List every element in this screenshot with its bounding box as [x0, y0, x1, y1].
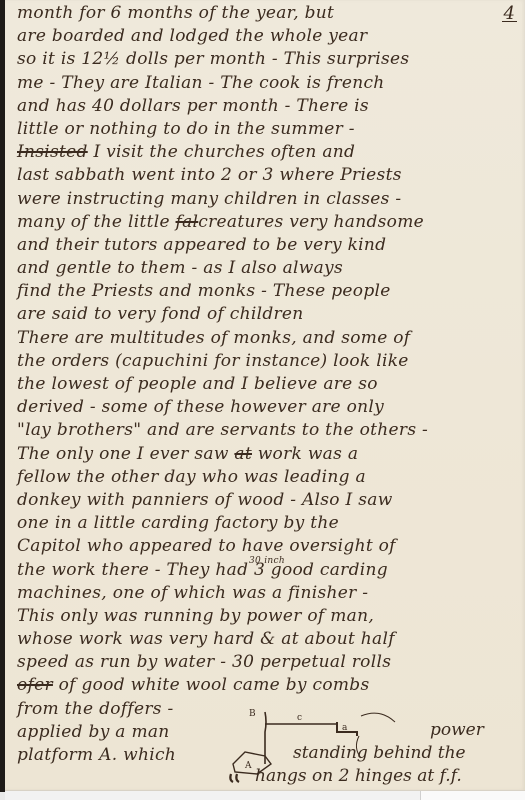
bottom-edge-tab	[420, 791, 525, 800]
manuscript-line: and has 40 dollars per month - There is	[17, 95, 522, 118]
manuscript-line: month for 6 months of the year, but	[17, 2, 522, 25]
bottom-edge	[5, 790, 525, 800]
manuscript-line: "lay brothers" and are servants to the o…	[17, 419, 522, 442]
manuscript-line: me - They are Italian - The cook is fren…	[17, 72, 522, 95]
document-viewport: 4 month for 6 months of the year, but ar…	[0, 0, 525, 800]
manuscript-line: and their tutors appeared to be very kin…	[17, 234, 522, 257]
manuscript-line: whose work was very hard & at about half	[17, 628, 522, 651]
carding-machine-sketch: B c a A	[225, 702, 405, 797]
manuscript-line: speed as run by water - 30 perpetual rol…	[17, 651, 522, 674]
manuscript-line: last sabbath went into 2 or 3 where Prie…	[17, 164, 522, 187]
manuscript-line: This only was running by power of man,	[17, 605, 522, 628]
manuscript-line: and gentle to them - as I also always	[17, 257, 522, 280]
manuscript-line: are boarded and lodged the whole year	[17, 25, 522, 48]
manuscript-line: the lowest of people and I believe are s…	[17, 373, 522, 396]
struck-word: ofer	[17, 675, 53, 695]
manuscript-line: the orders (capuchini for instance) look…	[17, 350, 522, 373]
manuscript-line: derived - some of these however are only	[17, 396, 522, 419]
struck-word: fal	[176, 212, 199, 232]
trailing-text-power: power	[430, 720, 484, 740]
manuscript-line: one in a little carding factory by the	[17, 512, 522, 535]
interlinear-insertion: 30 inch	[249, 557, 285, 566]
manuscript-line: are said to very fond of children	[17, 303, 522, 326]
manuscript-lines: month for 6 months of the year, but are …	[17, 2, 522, 767]
manuscript-line: ofer of good white wool came by combs	[17, 674, 522, 697]
diagram-label-big-a: A	[244, 761, 252, 771]
struck-word: Insisted	[17, 142, 88, 162]
manuscript-line: There are multitudes of monks, and some …	[17, 327, 522, 350]
manuscript-line: find the Priests and monks - These peopl…	[17, 280, 522, 303]
diagram-label-a: a	[342, 723, 348, 733]
manuscript-line: fellow the other day who was leading a	[17, 466, 522, 489]
manuscript-line: machines, one of which was a finisher -	[17, 582, 522, 605]
manuscript-line: Insisted I visit the churches often and	[17, 141, 522, 164]
manuscript-line: little or nothing to do in the summer -	[17, 118, 522, 141]
diagram-label-c: c	[297, 713, 302, 723]
manuscript-line: The only one I ever saw at work was a	[17, 443, 522, 466]
manuscript-line: the work there - They had 3 good carding…	[17, 559, 522, 582]
manuscript-line: so it is 12½ dolls per month - This surp…	[17, 48, 522, 71]
manuscript-page: 4 month for 6 months of the year, but ar…	[5, 0, 525, 790]
manuscript-line: many of the little falcreatures very han…	[17, 211, 522, 234]
manuscript-line: were instructing many children in classe…	[17, 188, 522, 211]
struck-word: at	[234, 444, 252, 464]
manuscript-line: donkey with panniers of wood - Also I sa…	[17, 489, 522, 512]
diagram-label-b: B	[249, 709, 256, 719]
